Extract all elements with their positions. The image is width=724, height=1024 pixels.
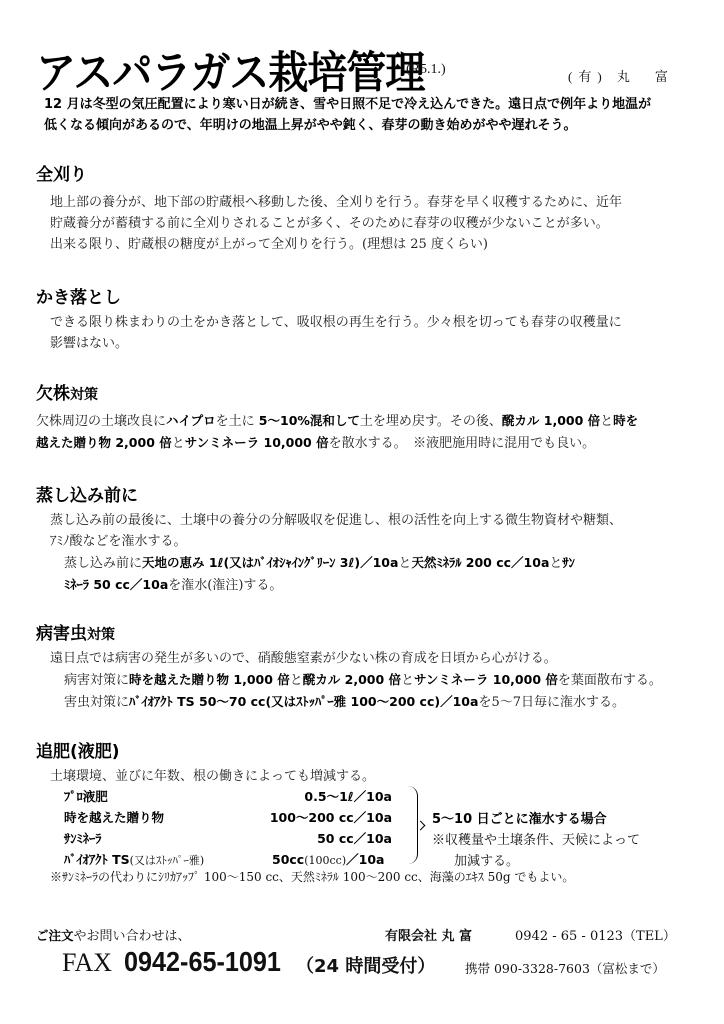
text: 蒸し込み前に: [64, 556, 142, 571]
text-line: 影響はない。: [50, 333, 622, 354]
text: を葉面散布する。: [558, 673, 662, 688]
product-dose: 醗カル 2,000 倍: [303, 672, 401, 687]
text-line: 害虫対策にﾊﾞｲｵｱｸﾄ TS 50～70 cc(又はｽﾄｯﾊﾟｰ雅 100～2…: [50, 691, 662, 713]
product-dose: 天然ﾐﾈﾗﾙ 200 cc／10a: [411, 555, 549, 570]
product-name: ｻﾝ: [562, 555, 575, 570]
application-interval: 5～10 日ごとに潅水する場合: [432, 808, 607, 827]
section-heading-zengari: 全刈り: [36, 160, 87, 185]
heading-sub: 対策: [87, 627, 115, 643]
brace-bracket: [403, 786, 418, 864]
document-date: (R5.1.): [406, 62, 446, 78]
fertilizer-name: 時を越えた贈り物: [64, 810, 164, 825]
text-line: できる限り株まわりの土をかき落として、吸収根の再生を行う。少々根を切っても春芽の…: [50, 312, 622, 333]
company-name-header: (有) 丸 富: [568, 66, 674, 85]
text-line: 遠日点では病害の発生が多いので、硝酸態窒素が少ない株の育成を日頃から心がける。: [50, 648, 662, 669]
text-line: 病害対策に時を越えた贈り物 1,000 倍と醗カル 2,000 倍とサンミネーラ…: [50, 669, 662, 691]
text: と: [401, 673, 414, 688]
product-dose: ﾐﾈｰﾗ 50 cc／10a: [64, 577, 168, 592]
text-line: 蒸し込み前の最後に、土壌中の養分の分解吸収を促進し、根の活性を向上する微生物資材…: [50, 510, 622, 531]
product-dose: 醗カル 1,000 倍: [502, 413, 600, 428]
text-line: 越えた贈り物 2,000 倍とサンミネーラ 10,000 倍を散水する。 ※液肥…: [36, 432, 638, 454]
text: と: [290, 673, 303, 688]
fertilizer-name: ﾌﾟﾛ液肥: [64, 789, 108, 804]
fertilizer-note: (又はｽﾄｯﾊﾟｰ雅): [130, 854, 205, 867]
fertilizer-row: ｻﾝﾐﾈｰﾗ: [64, 829, 102, 847]
product-dose: 時を越えた贈り物 1,000 倍: [129, 672, 290, 687]
product-dose: ﾊﾞｲｵｱｸﾄ TS 50～70 cc(又はｽﾄｯﾊﾟｰ雅 100～200 cc…: [129, 694, 478, 709]
fertilizer-rate: 0.5～1ℓ／10a: [192, 787, 392, 805]
text: を散水する。 ※液肥施用時に混用でも良い。: [329, 436, 596, 451]
text-line: 蒸し込み前に天地の恵み 1ℓ(又はﾊﾞｲｵｼｬｲﾝｸﾞﾘｰﾝ 3ℓ)／10aと天…: [50, 552, 622, 574]
order-inquiry: ご注文やお問い合わせは、: [36, 925, 191, 944]
section-body-kakiotoshi: できる限り株まわりの土をかき落として、吸収根の再生を行う。少々根を切っても春芽の…: [50, 312, 622, 354]
section-body-byogaichu: 遠日点では病害の発生が多いので、硝酸態窒素が少ない株の育成を日頃から心がける。 …: [50, 648, 662, 713]
intro-line: 低くなる傾向があるので、年明けの地温上昇がやや鈍く、春芽の動き始めがやや遅れそう…: [44, 115, 651, 136]
fax-number[interactable]: 0942-65-1091: [124, 946, 281, 978]
application-note: 加減する。: [454, 850, 519, 869]
product-dose: 越えた贈り物 2,000 倍: [36, 435, 172, 450]
heading-main: 欠株: [36, 384, 70, 404]
product-dose: サンミネーラ 10,000 倍: [414, 672, 558, 687]
fertilizer-row: ﾊﾞｲｵｱｸﾄ TS(又はｽﾄｯﾊﾟｰ雅): [64, 850, 204, 868]
section-body-kekkabu: 欠株周辺の土壌改良にハイプロを土に 5～10%混和して土を埋め戻す。その後、醗カ…: [36, 410, 638, 454]
rate-unit: ／10a: [346, 852, 384, 867]
fertilizer-rate: 50 cc／10a: [192, 829, 392, 847]
fertilizer-row: 時を越えた贈り物: [64, 808, 164, 826]
text: と: [172, 436, 185, 451]
fertilizer-rate: 100～200 cc／10a: [192, 808, 392, 826]
text: を5～7日毎に潅水する。: [478, 695, 625, 710]
product-dose: 天地の恵み 1ℓ(又はﾊﾞｲｵｼｬｲﾝｸﾞﾘｰﾝ 3ℓ)／10a: [142, 555, 398, 570]
section-heading-tsuihi: 追肥(液肥): [36, 737, 120, 762]
rate-alt: (100cc): [304, 854, 346, 867]
section-heading-kekkabu: 欠株対策: [36, 379, 98, 404]
fertilizer-row: ﾌﾟﾛ液肥: [64, 787, 108, 805]
product-name: ハイプロ: [166, 413, 216, 428]
text: やお問い合わせは、: [74, 929, 191, 944]
text: を潅水(潅注)する。: [168, 578, 282, 593]
text: と: [600, 414, 613, 429]
order-label: ご注文: [36, 928, 74, 943]
text-line: 貯蔵養分が蓄積する前に全刈りされることが多く、そのために春芽の収穫が少ないことが…: [50, 213, 622, 234]
text: 病害対策に: [64, 673, 129, 688]
section-body-zengari: 地上部の養分が、地下部の貯蔵根へ移動した後、全刈りを行う。春芽を早く収穫するため…: [50, 192, 622, 255]
intro-line: 12 月は冬型の気圧配置により寒い日が続き、雪や日照不足で冷え込んできた。遠日点…: [44, 94, 651, 115]
heading-sub: 対策: [70, 387, 98, 403]
tsuihi-intro: 土壌環境、並びに年数、根の働きによっても増減する。: [50, 766, 375, 787]
fertilizer-name: ﾊﾞｲｵｱｸﾄ TS: [64, 852, 130, 867]
text-line: 欠株周辺の土壌改良にハイプロを土に 5～10%混和して土を埋め戻す。その後、醗カ…: [36, 410, 638, 432]
fertilizer-name: ｻﾝﾐﾈｰﾗ: [64, 831, 102, 846]
text-line: 出来る限り、貯蔵根の糖度が上がって全刈りを行う。(理想は 25 度くらい): [50, 234, 622, 255]
fax-label: FAX: [62, 948, 112, 978]
heading-main: 病害虫: [36, 624, 87, 644]
rate-value: 50cc: [272, 852, 304, 867]
text-line: ﾐﾈｰﾗ 50 cc／10aを潅水(潅注)する。: [50, 574, 622, 596]
product-dose: サンミネーラ 10,000 倍: [185, 435, 329, 450]
fax-hours: （24 時間受付）: [296, 952, 435, 978]
section-heading-mushikomi: 蒸し込み前に: [36, 481, 138, 506]
text: を土に: [216, 414, 259, 429]
text: と: [549, 556, 562, 571]
document-title: アスパラガス栽培管理: [36, 38, 424, 101]
intro-paragraph: 12 月は冬型の気圧配置により寒い日が続き、雪や日照不足で冷え込んできた。遠日点…: [44, 94, 651, 136]
fertilizer-rate: 50cc(100cc)／10a: [272, 850, 384, 868]
application-note: ※収穫量や土壌条件、天候によって: [432, 829, 640, 848]
text: と: [398, 556, 411, 571]
product-name: 時を: [613, 413, 638, 428]
text-line: ｱﾐﾉ酸などを潅水する。: [50, 531, 622, 552]
section-heading-kakiotoshi: かき落とし: [36, 283, 121, 308]
text: 害虫対策に: [64, 695, 129, 710]
text: 欠株周辺の土壌改良に: [36, 414, 166, 429]
section-body-mushikomi: 蒸し込み前の最後に、土壌中の養分の分解吸収を促進し、根の活性を向上する微生物資材…: [50, 510, 622, 596]
emphasis: 5～10%混和して: [259, 413, 360, 428]
company-name-footer: 有限会社 丸 富: [385, 925, 472, 944]
footnote: ※ｻﾝﾐﾈｰﾗの代わりにｼﾘｶｱｯﾌﾟ 100～150 cc、天然ﾐﾈﾗﾙ 10…: [50, 868, 574, 885]
mobile-number[interactable]: 携帯 090-3328-7603（富松まで）: [465, 959, 665, 977]
text: 土を埋め戻す。その後、: [360, 414, 502, 429]
section-heading-byogaichu: 病害虫対策: [36, 619, 115, 644]
text-line: 地上部の養分が、地下部の貯蔵根へ移動した後、全刈りを行う。春芽を早く収穫するため…: [50, 192, 622, 213]
tel-number[interactable]: 0942 - 65 - 0123（TEL）: [515, 925, 676, 944]
